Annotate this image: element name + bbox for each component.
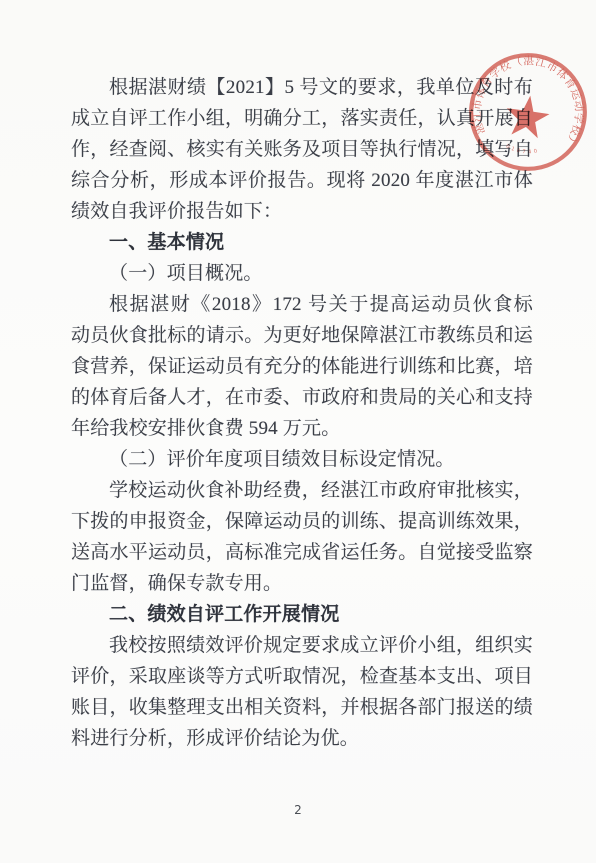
paragraph: 学校运动伙食补助经费，经湛江市政府审批核实，由市财政下拨的申报资金，保障运动员的…: [71, 475, 533, 599]
document-page: 根据湛财绩【2021】5 号文的要求，我单位及时布置自评，成立自评工作小组，明确…: [0, 0, 596, 863]
text-line: 食营养，保证运动员有充分的体能进行训练和比赛，培养高水平: [71, 351, 533, 382]
page-number: 2: [0, 803, 596, 817]
text-line: 根据湛财绩【2021】5 号文的要求，我单位及时布置自评，: [71, 72, 533, 103]
document-body: 根据湛财绩【2021】5 号文的要求，我单位及时布置自评，成立自评工作小组，明确…: [71, 72, 533, 754]
text-line: 评价，采取座谈等方式听取情况，检查基本支出、项目支出有关: [71, 661, 533, 692]
text-line: 成立自评工作小组，明确分工，落实责任，认真开展自评自查工: [71, 103, 533, 134]
text-line: 门监督，确保专款专用。: [71, 568, 533, 599]
text-line: 账目，收集整理支出相关资料，并根据各部门报送的绩效自评材: [71, 692, 533, 723]
sub-heading: （一）项目概况。: [71, 258, 533, 289]
text-line: 根据湛财《2018》172 号关于提高运动员伙食标准、增加运: [71, 289, 533, 320]
text-line: 下拨的申报资金，保障运动员的训练、提高训练效果，为上级输: [71, 506, 533, 537]
text-line: 我校按照绩效评价规定要求成立评价小组，组织实施和分析: [71, 630, 533, 661]
text-line: 送高水平运动员，高标准完成省运任务。自觉接受监察和审计部: [71, 537, 533, 568]
text-line: 二、绩效自评工作开展情况: [71, 599, 533, 630]
paragraph: 根据湛财绩【2021】5 号文的要求，我单位及时布置自评，成立自评工作小组，明确…: [71, 72, 533, 227]
paragraph: 根据湛财《2018》172 号关于提高运动员伙食标准、增加运动员伙食批标的请示。…: [71, 289, 533, 444]
text-line: （二）评价年度项目绩效目标设定情况。: [71, 444, 533, 475]
text-line: 综合分析，形成本评价报告。现将 2020 年度湛江市体育学校整体: [71, 165, 533, 196]
text-line: 一、基本情况: [71, 227, 533, 258]
paragraph: 我校按照绩效评价规定要求成立评价小组，组织实施和分析评价，采取座谈等方式听取情况…: [71, 630, 533, 754]
text-line: 料进行分析，形成评价结论为优。: [71, 723, 533, 754]
sub-heading: （二）评价年度项目绩效目标设定情况。: [71, 444, 533, 475]
text-line: 绩效自我评价报告如下：: [71, 196, 533, 227]
text-line: 年给我校安排伙食费 594 万元。: [71, 413, 533, 444]
text-line: 作，经查阅、核实有关账务及项目等执行情况，填写自评表格并: [71, 134, 533, 165]
text-line: 学校运动伙食补助经费，经湛江市政府审批核实，由市财政: [71, 475, 533, 506]
text-line: 动员伙食批标的请示。为更好地保障湛江市教练员和运动员的伙: [71, 320, 533, 351]
section-heading: 二、绩效自评工作开展情况: [71, 599, 533, 630]
text-line: （一）项目概况。: [71, 258, 533, 289]
section-heading: 一、基本情况: [71, 227, 533, 258]
text-line: 的体育后备人才，在市委、市政府和贵局的关心和支持下，市每: [71, 382, 533, 413]
